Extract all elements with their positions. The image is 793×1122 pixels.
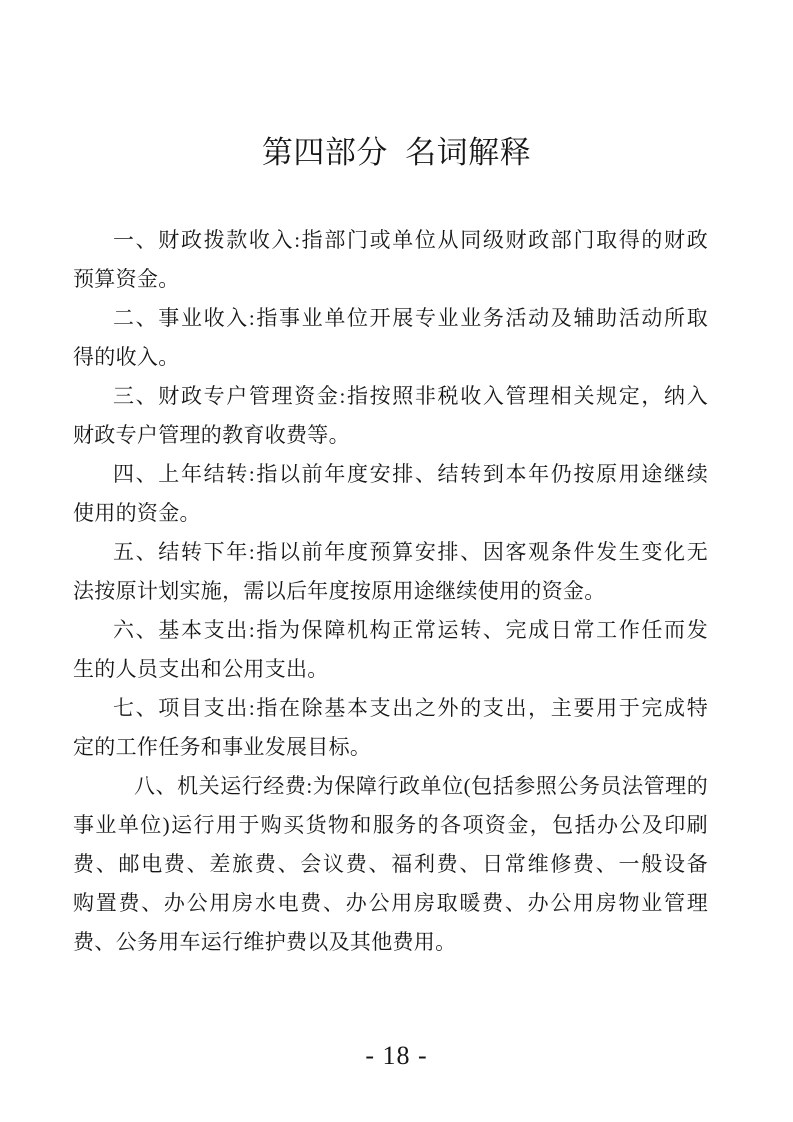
text-line: 事业单位)运行用于购买货物和服务的各项资金，包括办公及印刷 (73, 806, 708, 845)
paragraph: 五、结转下年:指以前年度预算安排、因客观条件发生变化无法按原计划实施，需以后年度… (73, 533, 708, 611)
document-body: 一、财政拨款收入:指部门或单位从同级财政部门取得的财政预算资金。二、事业收入:指… (73, 221, 708, 962)
text-line: 得的收入。 (73, 338, 708, 377)
paragraph: 四、上年结转:指以前年度安排、结转到本年仍按原用途继续使用的资金。 (73, 455, 708, 533)
page-title: 第四部分 名词解释 (0, 0, 793, 175)
text-line: 使用的资金。 (73, 494, 708, 533)
paragraph: 三、财政专户管理资金:指按照非税收入管理相关规定，纳入财政专户管理的教育收费等。 (73, 377, 708, 455)
paragraph: 二、事业收入:指事业单位开展专业业务活动及辅助活动所取得的收入。 (73, 299, 708, 377)
text-line: 费、邮电费、差旅费、会议费、福利费、日常维修费、一般设备 (73, 845, 708, 884)
text-line: 八、机关运行经费:为保障行政单位(包括参照公务员法管理的 (73, 767, 708, 806)
paragraph: 一、财政拨款收入:指部门或单位从同级财政部门取得的财政预算资金。 (73, 221, 708, 299)
text-line: 生的人员支出和公用支出。 (73, 650, 708, 689)
text-line: 一、财政拨款收入:指部门或单位从同级财政部门取得的财政 (73, 221, 708, 260)
text-line: 六、基本支出:指为保障机构正常运转、完成日常工作任而发 (73, 611, 708, 650)
text-line: 四、上年结转:指以前年度安排、结转到本年仍按原用途继续 (73, 455, 708, 494)
text-line: 三、财政专户管理资金:指按照非税收入管理相关规定，纳入 (73, 377, 708, 416)
text-line: 法按原计划实施，需以后年度按原用途继续使用的资金。 (73, 572, 708, 611)
text-line: 财政专户管理的教育收费等。 (73, 416, 708, 455)
text-line: 二、事业收入:指事业单位开展专业业务活动及辅助活动所取 (73, 299, 708, 338)
paragraph: 八、机关运行经费:为保障行政单位(包括参照公务员法管理的事业单位)运行用于购买货… (73, 767, 708, 962)
text-line: 费、公务用车运行维护费以及其他费用。 (73, 923, 708, 962)
text-line: 七、项目支出:指在除基本支出之外的支出，主要用于完成特 (73, 689, 708, 728)
page-number: - 18 - (0, 1036, 793, 1075)
text-line: 五、结转下年:指以前年度预算安排、因客观条件发生变化无 (73, 533, 708, 572)
paragraph: 七、项目支出:指在除基本支出之外的支出，主要用于完成特定的工作任务和事业发展目标… (73, 689, 708, 767)
text-line: 预算资金。 (73, 260, 708, 299)
text-line: 定的工作任务和事业发展目标。 (73, 728, 708, 767)
document-page: 第四部分 名词解释 一、财政拨款收入:指部门或单位从同级财政部门取得的财政预算资… (0, 0, 793, 1122)
text-line: 购置费、办公用房水电费、办公用房取暖费、办公用房物业管理 (73, 884, 708, 923)
paragraph: 六、基本支出:指为保障机构正常运转、完成日常工作任而发生的人员支出和公用支出。 (73, 611, 708, 689)
